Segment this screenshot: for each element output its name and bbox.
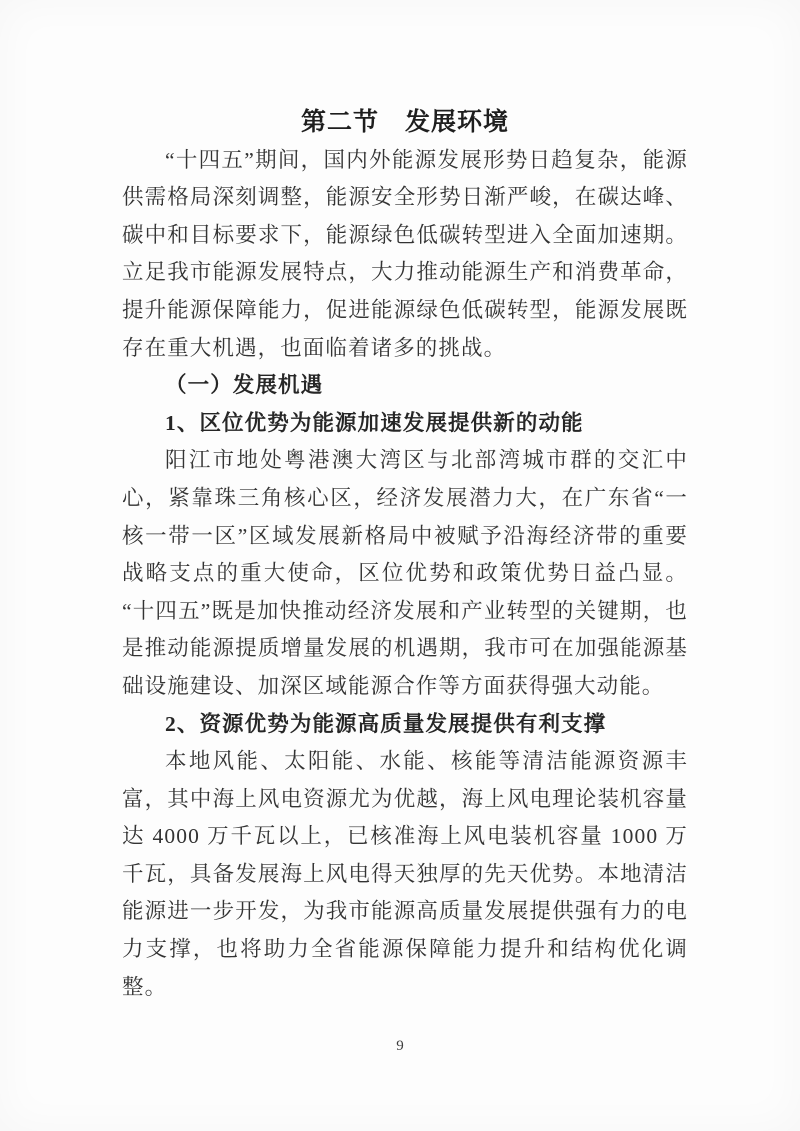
numbered-heading-2: 2、资源优势为能源高质量发展提供有利支撑 <box>122 706 688 744</box>
text-block: 第二节 发展环境 “十四五”期间，国内外能源发展形势日趋复杂，能源供需格局深刻调… <box>122 104 688 1006</box>
body-paragraph-resource-advantage: 本地风能、太阳能、水能、核能等清洁能源资源丰富，其中海上风电资源尤为优越，海上风… <box>122 743 688 1006</box>
section-title: 第二节 发展环境 <box>122 104 688 142</box>
body-paragraph-intro: “十四五”期间，国内外能源发展形势日趋复杂，能源供需格局深刻调整，能源安全形势日… <box>122 142 688 368</box>
numbered-heading-1: 1、区位优势为能源加速发展提供新的动能 <box>122 405 688 443</box>
subsection-heading-opportunities: （一）发展机遇 <box>122 367 688 405</box>
document-page: 第二节 发展环境 “十四五”期间，国内外能源发展形势日趋复杂，能源供需格局深刻调… <box>0 0 800 1131</box>
body-paragraph-location-advantage: 阳江市地处粤港澳大湾区与北部湾城市群的交汇中心，紧靠珠三角核心区，经济发展潜力大… <box>122 442 688 705</box>
page-number: 9 <box>0 1038 800 1055</box>
